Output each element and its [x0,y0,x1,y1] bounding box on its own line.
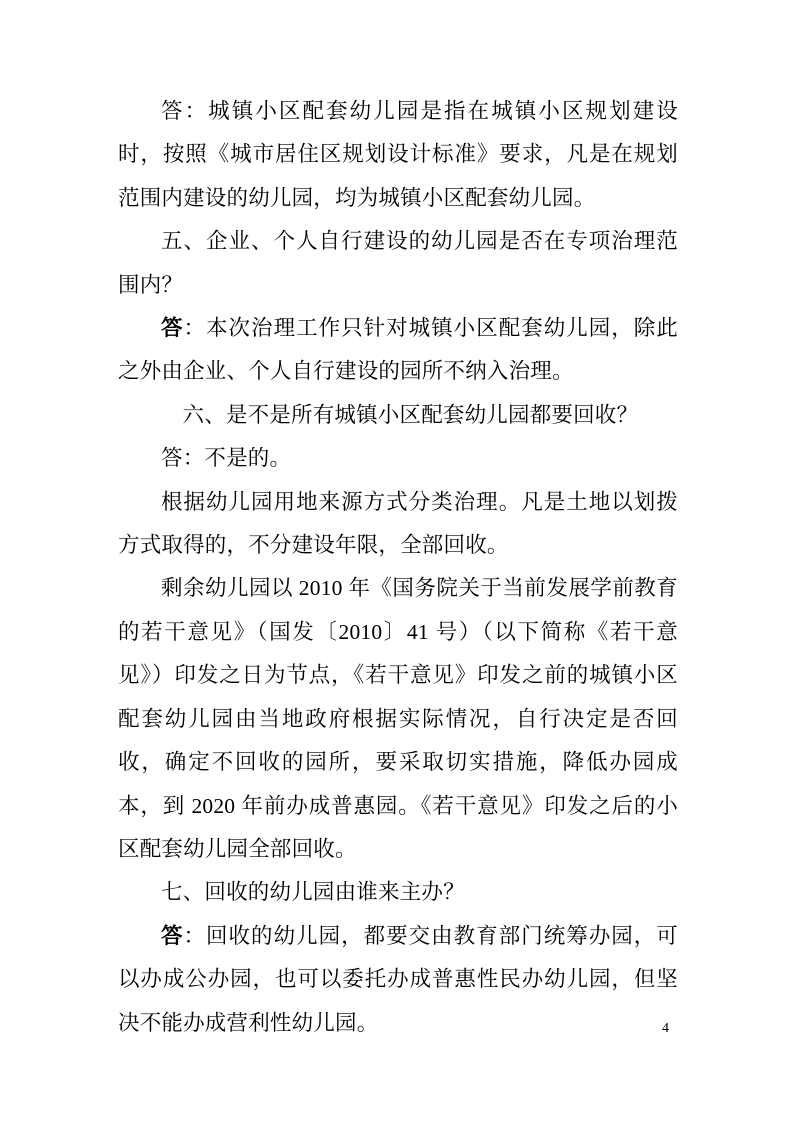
document-body: 答：城镇小区配套幼儿园是指在城镇小区规划建设时，按照《城市居住区规划设计标准》要… [118,90,678,1045]
body-paragraph: 答：本次治理工作只针对城镇小区配套幼儿园，除此之外由企业、个人自行建设的园所不纳… [118,307,678,394]
answer-label: 答 [161,316,184,340]
document-page: 答：城镇小区配套幼儿园是指在城镇小区规划建设时，按照《城市居住区规划设计标准》要… [0,0,793,1122]
answer-label: 答 [161,924,184,948]
body-paragraph: 答：不是的。 [118,437,678,480]
body-paragraph: 答：回收的幼儿园，都要交由教育部门统筹办园，可以办成公办园，也可以委托办成普惠性… [118,915,678,1045]
page-number: 4 [662,1020,669,1038]
body-paragraph: 剩余幼儿园以 2010 年《国务院关于当前发展学前教育的若干意见》（国发〔201… [118,567,678,871]
question-heading: 七、回收的幼儿园由谁来主办？ [118,871,678,914]
body-paragraph: 根据幼儿园用地来源方式分类治理。凡是土地以划拨方式取得的，不分建设年限，全部回收… [118,481,678,568]
question-heading: 五、企业、个人自行建设的幼儿园是否在专项治理范围内？ [118,220,678,307]
body-paragraph: 答：城镇小区配套幼儿园是指在城镇小区规划建设时，按照《城市居住区规划设计标准》要… [118,90,678,220]
question-heading: 六、是不是所有城镇小区配套幼儿园都要回收？ [118,394,678,437]
